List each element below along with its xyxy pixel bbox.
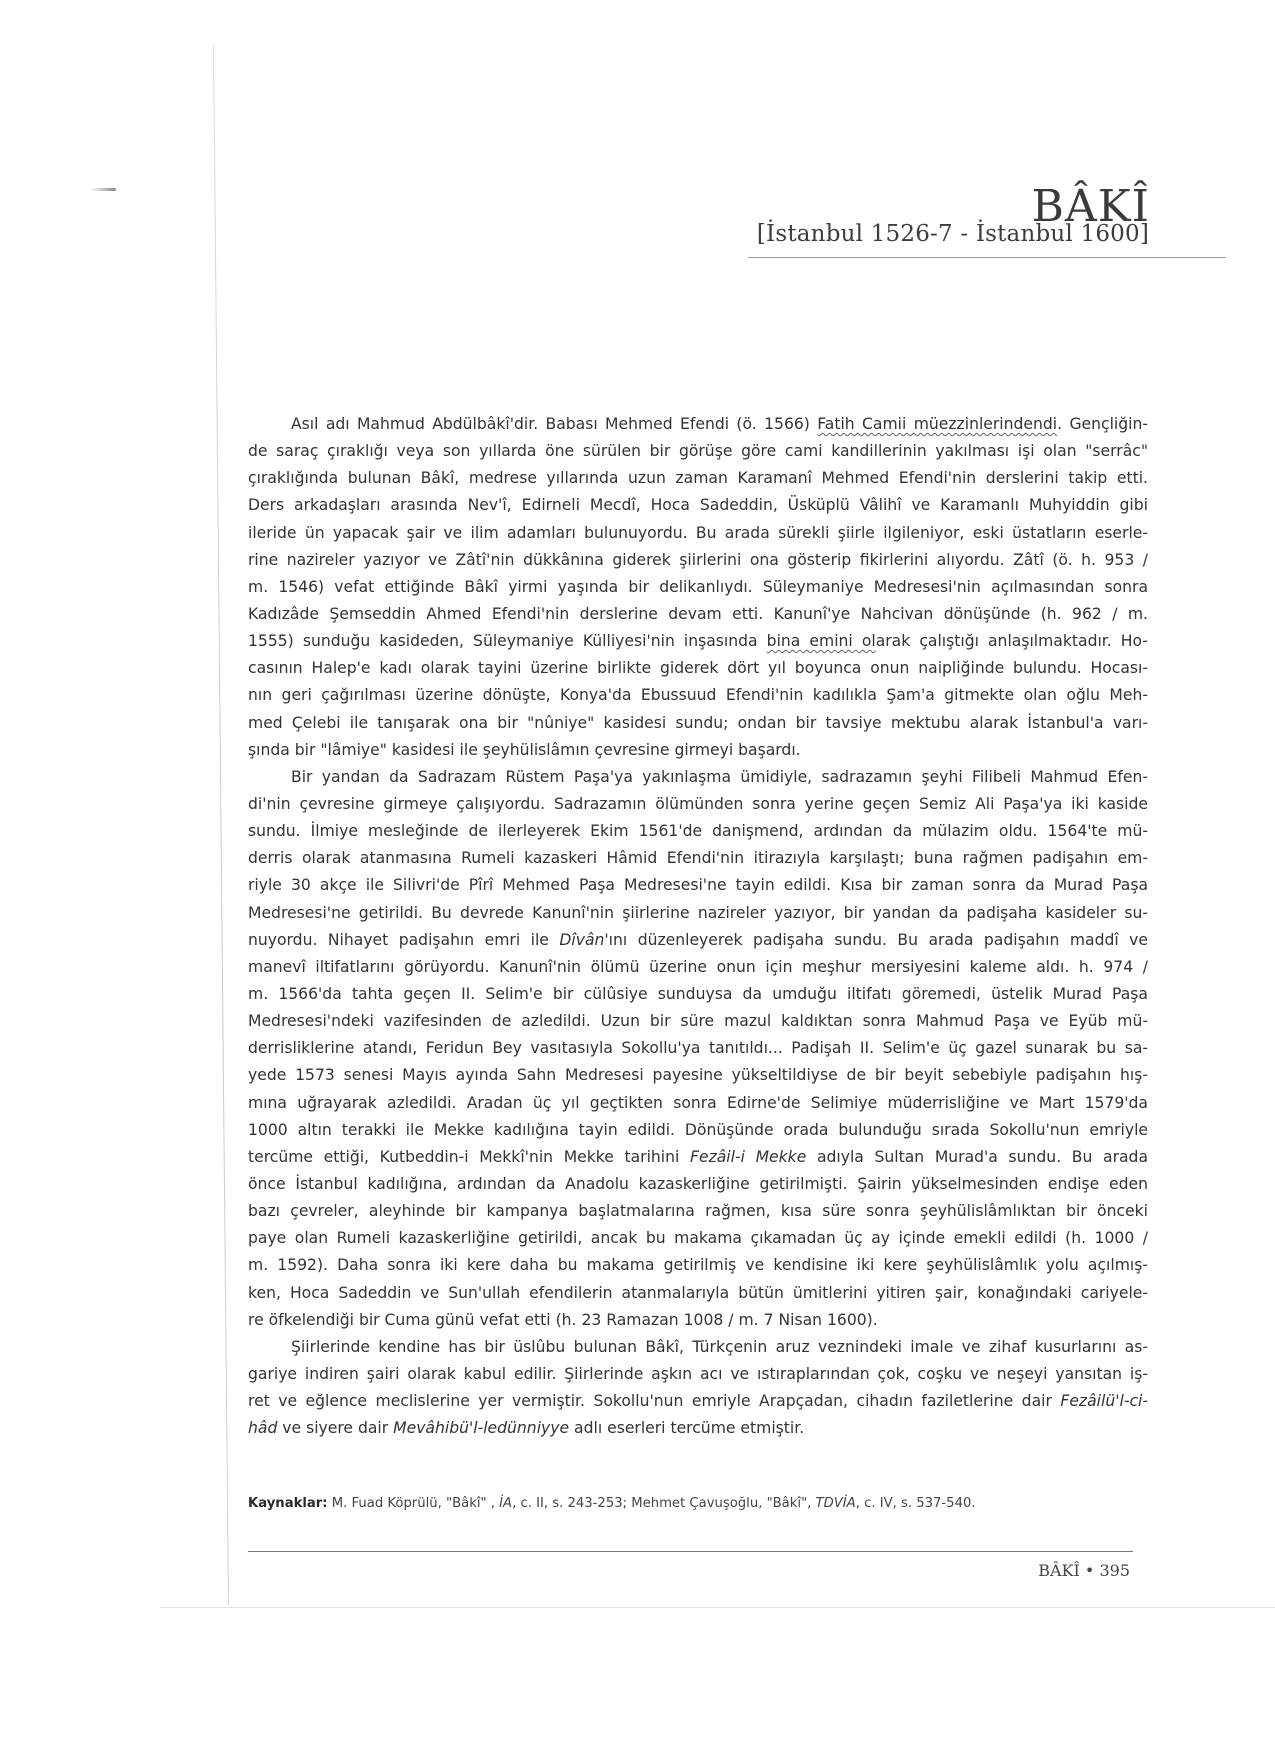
text-line: çıraklığında bulunan Bâkî, medrese yılla… (248, 465, 1148, 492)
italic-title: hâd (248, 1419, 277, 1437)
text-line: rine nazireler yazıyor ve Zâtî'nin dükkâ… (248, 547, 1148, 574)
text-line: bazı çevreler, aleyhinde bir kampanya ba… (248, 1198, 1148, 1225)
text-line: di'nin çevresine girmeye çalışıyordu. Sa… (248, 791, 1148, 818)
text-line: hâd ve siyere dair Mevâhibü'l-ledünniyye… (248, 1415, 1148, 1442)
scanned-page-edge (213, 45, 229, 1605)
references-text: M. Fuad Köprülü, "Bâkî" , İA, c. II, s. … (328, 1496, 976, 1511)
text-line: 1555) sunduğu kasideden, Süleymaniye Kül… (248, 628, 1148, 655)
text-line: ileride ün yapacak şair ve ilim adamları… (248, 520, 1148, 547)
text-line: manevî iltifatlarını görüyordu. Kanunî'n… (248, 954, 1148, 981)
italic-title: Fezâilü'l-ci- (1060, 1392, 1148, 1410)
text-line: yede 1573 senesi Mayıs ayında Sahn Medre… (248, 1062, 1148, 1089)
text-line: sundu. İlmiye mesleğinde de ilerleyerek … (248, 818, 1148, 845)
text-line: m. 1566'da tahta geçen II. Selim'e bir c… (248, 981, 1148, 1008)
text-line: derrisliklerine atandı, Feridun Bey vası… (248, 1035, 1148, 1062)
article-body: Asıl adı Mahmud Abdülbâkî'dir. Babası Me… (248, 411, 1148, 1442)
text-line: re öfkelendiği bir Cuma günü vefat etti … (248, 1307, 1148, 1334)
italic-title: Mevâhibü'l-ledünniyye (393, 1419, 569, 1437)
text-line: tercüme ettiği, Kutbeddin-i Mekkî'nin Me… (248, 1144, 1148, 1171)
text-line: şında bir "lâmiye" kasidesi ile şeyhülis… (248, 737, 1148, 764)
references: Kaynaklar: M. Fuad Köprülü, "Bâkî" , İA,… (248, 1496, 1068, 1511)
text-line: Asıl adı Mahmud Abdülbâkî'dir. Babası Me… (248, 411, 1148, 438)
text-line: med Çelebi ile tanışarak ona bir "nûniye… (248, 710, 1148, 737)
page-footer: BÂKÎ • 395 (1038, 1561, 1130, 1580)
text-line: paye olan Rumeli kazaskerliğine getirild… (248, 1225, 1148, 1252)
text-line: 1000 altın terakki ile Mekke kadılığına … (248, 1117, 1148, 1144)
text-line: Bir yandan da Sadrazam Rüstem Paşa'ya ya… (248, 764, 1148, 791)
text-line: casının Halep'e kadı olarak tayini üzeri… (248, 655, 1148, 682)
handwritten-underline: bina emini ol (767, 632, 876, 650)
handwritten-underline: Fatih Camii müezzinlerindendi (817, 415, 1057, 433)
text-line: ken, Hoca Sadeddin ve Sun'ullah efendile… (248, 1280, 1148, 1307)
text-line: Medresesi'ndeki vazifesinden de azledild… (248, 1008, 1148, 1035)
text-line: ret ve eğlence meclislerine yer vermişti… (248, 1388, 1148, 1415)
text-line: Kadızâde Şemseddin Ahmed Efendi'nin ders… (248, 601, 1148, 628)
text-line: derris olarak atanmasına Rumeli kazasker… (248, 845, 1148, 872)
text-line: önce İstanbul kadılığına, ardından da An… (248, 1171, 1148, 1198)
text-line: Şiirlerinde kendine has bir üslûbu bulun… (248, 1334, 1148, 1361)
text-line: Medresesi'ne getirildi. Bu devrede Kanun… (248, 900, 1148, 927)
italic-title: TDVİA (816, 1496, 856, 1511)
text-line: nın geri çağırılması üzerine dönüşte, Ko… (248, 682, 1148, 709)
scanned-page-bottom-edge (160, 1607, 1275, 1608)
text-line: Ders arkadaşları arasında Nev'î, Edirnel… (248, 492, 1148, 519)
italic-title: İA (499, 1496, 512, 1511)
text-line: de saraç çıraklığı veya son yıllarda öne… (248, 438, 1148, 465)
running-head: BÂKÎ (1038, 1561, 1080, 1580)
references-label: Kaynaklar: (248, 1496, 328, 1511)
subtitle-underline (748, 257, 1226, 258)
italic-title: Fezâil-i Mekke (690, 1148, 806, 1166)
italic-title: Dîvân (559, 931, 604, 949)
text-line: mına uğrayarak azledildi. Aradan üç yıl … (248, 1090, 1148, 1117)
footer-rule (248, 1551, 1133, 1552)
bullet-separator: • (1085, 1561, 1094, 1580)
text-line: gariye indiren şairi olarak kabul edilir… (248, 1361, 1148, 1388)
text-line: riyle 30 akçe ile Silivri'de Pîrî Mehmed… (248, 872, 1148, 899)
page-number: 395 (1099, 1561, 1130, 1580)
scan-artifact (90, 188, 116, 191)
entry-lifespan: [İstanbul 1526-7 - İstanbul 1600] (757, 221, 1149, 247)
text-line: nuyordu. Nihayet padişahın emri ile Dîvâ… (248, 927, 1148, 954)
text-line: m. 1546) vefat ettiğinde Bâkî yirmi yaşı… (248, 574, 1148, 601)
text-line: m. 1592). Daha sonra iki kere daha bu ma… (248, 1252, 1148, 1279)
